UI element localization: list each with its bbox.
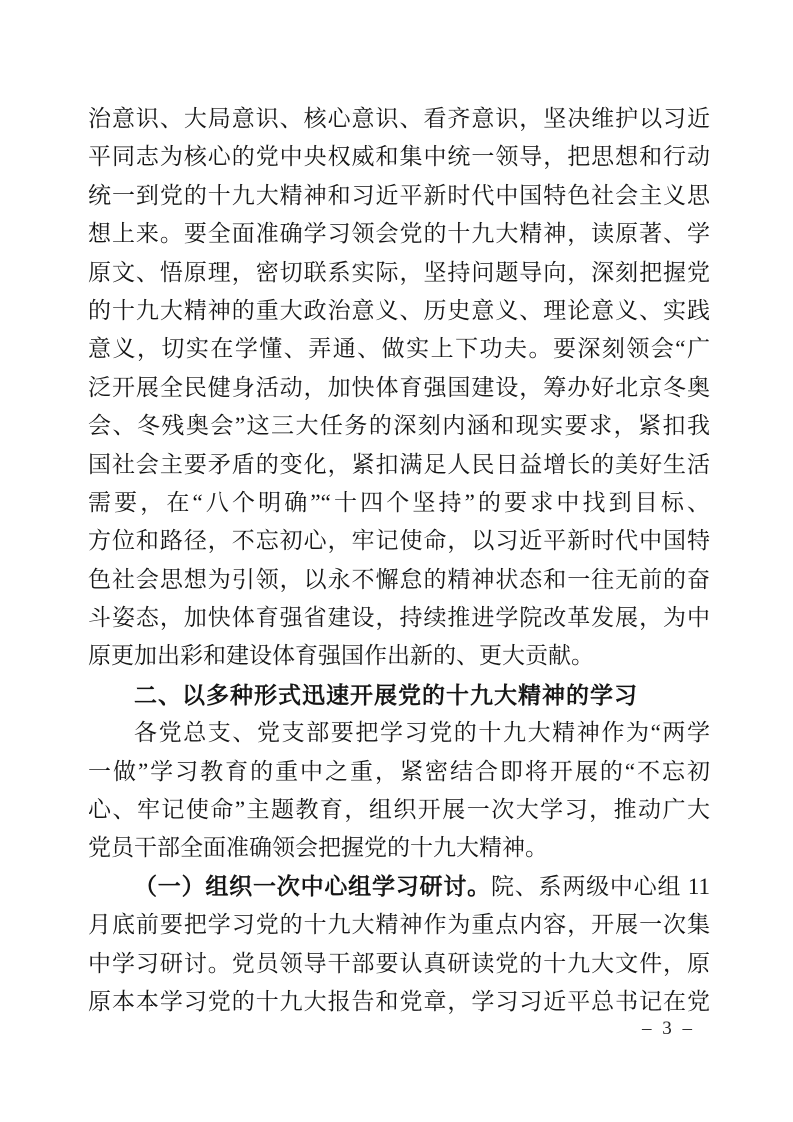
body-line: 方位和路径，不忘初心，牢记使命，以习近平新时代中国特	[88, 522, 710, 560]
body-line: 月底前要把学习党的十九大精神作为重点内容，开展一次集	[88, 906, 710, 944]
clause-heading: （一）组织一次中心组学习研讨。	[134, 874, 491, 899]
document-page: 治意识、大局意识、核心意识、看齐意识，坚决维护以习近 平同志为核心的党中央权威和…	[0, 0, 793, 1122]
body-line: 会、冬残奥会”这三大任务的深刻内涵和现实要求，紧扣我	[88, 407, 710, 445]
body-line: 原本本学习党的十九大报告和党章，学习习近平总书记在党	[88, 983, 710, 1021]
document-body: 治意识、大局意识、核心意识、看齐意识，坚决维护以习近 平同志为核心的党中央权威和…	[88, 100, 710, 1021]
body-line: 原文、悟原理，密切联系实际，坚持问题导向，深刻把握党	[88, 254, 710, 292]
body-line: 原更加出彩和建设体育强国作出新的、更大贡献。	[88, 637, 710, 675]
body-line: 党员干部全面准确领会把握党的十九大精神。	[88, 829, 710, 867]
body-text: 院、系两级中心组 11	[491, 874, 710, 899]
body-line: 意义，切实在学懂、弄通、做实上下功夫。要深刻领会“广	[88, 330, 710, 368]
body-line: 各党总支、党支部要把学习党的十九大精神作为“两学	[88, 714, 710, 752]
body-line: 斗姿态，加快体育强省建设，持续推进学院改革发展，为中	[88, 599, 710, 637]
body-line: 一做”学习教育的重中之重，紧密结合即将开展的“不忘初	[88, 753, 710, 791]
paragraph: （一）组织一次中心组学习研讨。院、系两级中心组 11 月底前要把学习党的十九大精…	[88, 868, 710, 1022]
body-line: 中学习研讨。党员领导干部要认真研读党的十九大文件，原	[88, 945, 710, 983]
page-number: – 3 –	[642, 1018, 695, 1040]
body-line: 统一到党的十九大精神和习近平新时代中国特色社会主义思	[88, 177, 710, 215]
body-line: 国社会主要矛盾的变化，紧扣满足人民日益增长的美好生活	[88, 446, 710, 484]
body-line: 想上来。要全面准确学习领会党的十九大精神，读原著、学	[88, 215, 710, 253]
body-line: 色社会思想为引领，以永不懈怠的精神状态和一往无前的奋	[88, 561, 710, 599]
section-heading: 二、以多种形式迅速开展党的十九大精神的学习	[88, 676, 710, 714]
paragraph-continued: 治意识、大局意识、核心意识、看齐意识，坚决维护以习近 平同志为核心的党中央权威和…	[88, 100, 710, 676]
body-line: 心、牢记使命”主题教育，组织开展一次大学习，推动广大	[88, 791, 710, 829]
body-line: （一）组织一次中心组学习研讨。院、系两级中心组 11	[88, 868, 710, 906]
body-line: 需要，在“八个明确”“十四个坚持”的要求中找到目标、	[88, 484, 710, 522]
body-line: 泛开展全民健身活动，加快体育强国建设，筹办好北京冬奥	[88, 369, 710, 407]
paragraph: 各党总支、党支部要把学习党的十九大精神作为“两学 一做”学习教育的重中之重，紧密…	[88, 714, 710, 868]
body-line: 的十九大精神的重大政治意义、历史意义、理论意义、实践	[88, 292, 710, 330]
body-line: 平同志为核心的党中央权威和集中统一领导，把思想和行动	[88, 138, 710, 176]
body-line: 治意识、大局意识、核心意识、看齐意识，坚决维护以习近	[88, 100, 710, 138]
